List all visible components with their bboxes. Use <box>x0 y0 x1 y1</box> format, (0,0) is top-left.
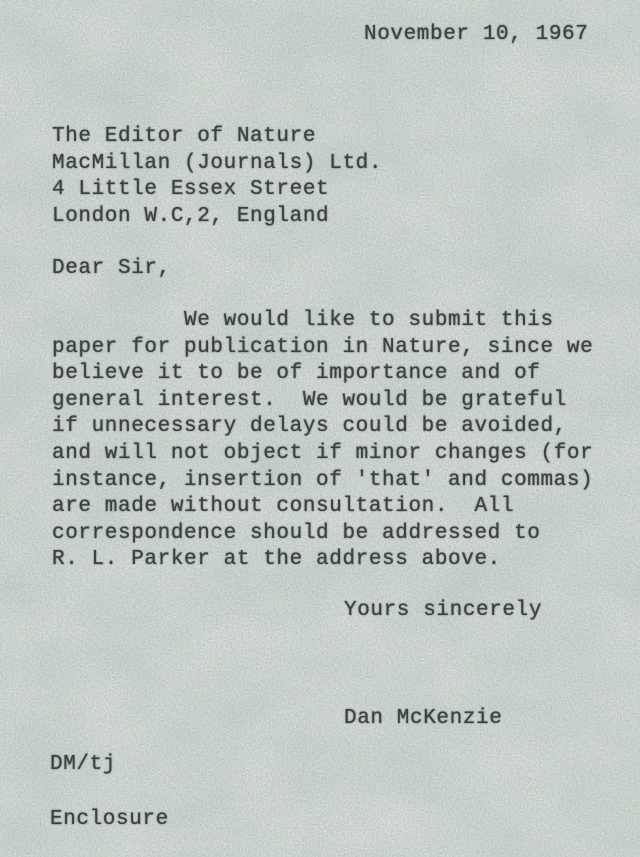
body-line: if unnecessary delays could be avoided, <box>52 414 593 441</box>
typist-initials: DM/tj <box>50 752 116 779</box>
recipient-address-line: 4 Little Essex Street <box>52 177 382 204</box>
body-line: are made without consultation. All <box>52 494 593 521</box>
body-line: We would like to submit this <box>52 308 593 335</box>
body-line: believe it to be of importance and of <box>52 361 593 388</box>
body-line: R. L. Parker at the address above. <box>52 547 593 574</box>
signature-name: Dan McKenzie <box>344 706 502 733</box>
recipient-address-line: MacMillan (Journals) Ltd. <box>52 151 382 178</box>
enclosure-note: Enclosure <box>50 807 169 834</box>
recipient-address: The Editor of NatureMacMillan (Journals)… <box>52 124 382 230</box>
closing-phrase: Yours sincerely <box>344 598 542 625</box>
recipient-address-line: The Editor of Nature <box>52 124 382 151</box>
body-line: correspondence should be addressed to <box>52 521 593 548</box>
body-line: and will not object if minor changes (fo… <box>52 441 593 468</box>
letter-page: November 10, 1967 The Editor of NatureMa… <box>0 0 640 857</box>
recipient-address-line: London W.C,2, England <box>52 204 382 231</box>
body-line: paper for publication in Nature, since w… <box>52 335 593 362</box>
salutation: Dear Sir, <box>52 256 171 283</box>
body-paragraph: We would like to submit thispaper for pu… <box>52 308 593 574</box>
body-line: general interest. We would be grateful <box>52 388 593 415</box>
letter-date: November 10, 1967 <box>364 22 588 49</box>
body-line: instance, insertion of 'that' and commas… <box>52 468 593 495</box>
